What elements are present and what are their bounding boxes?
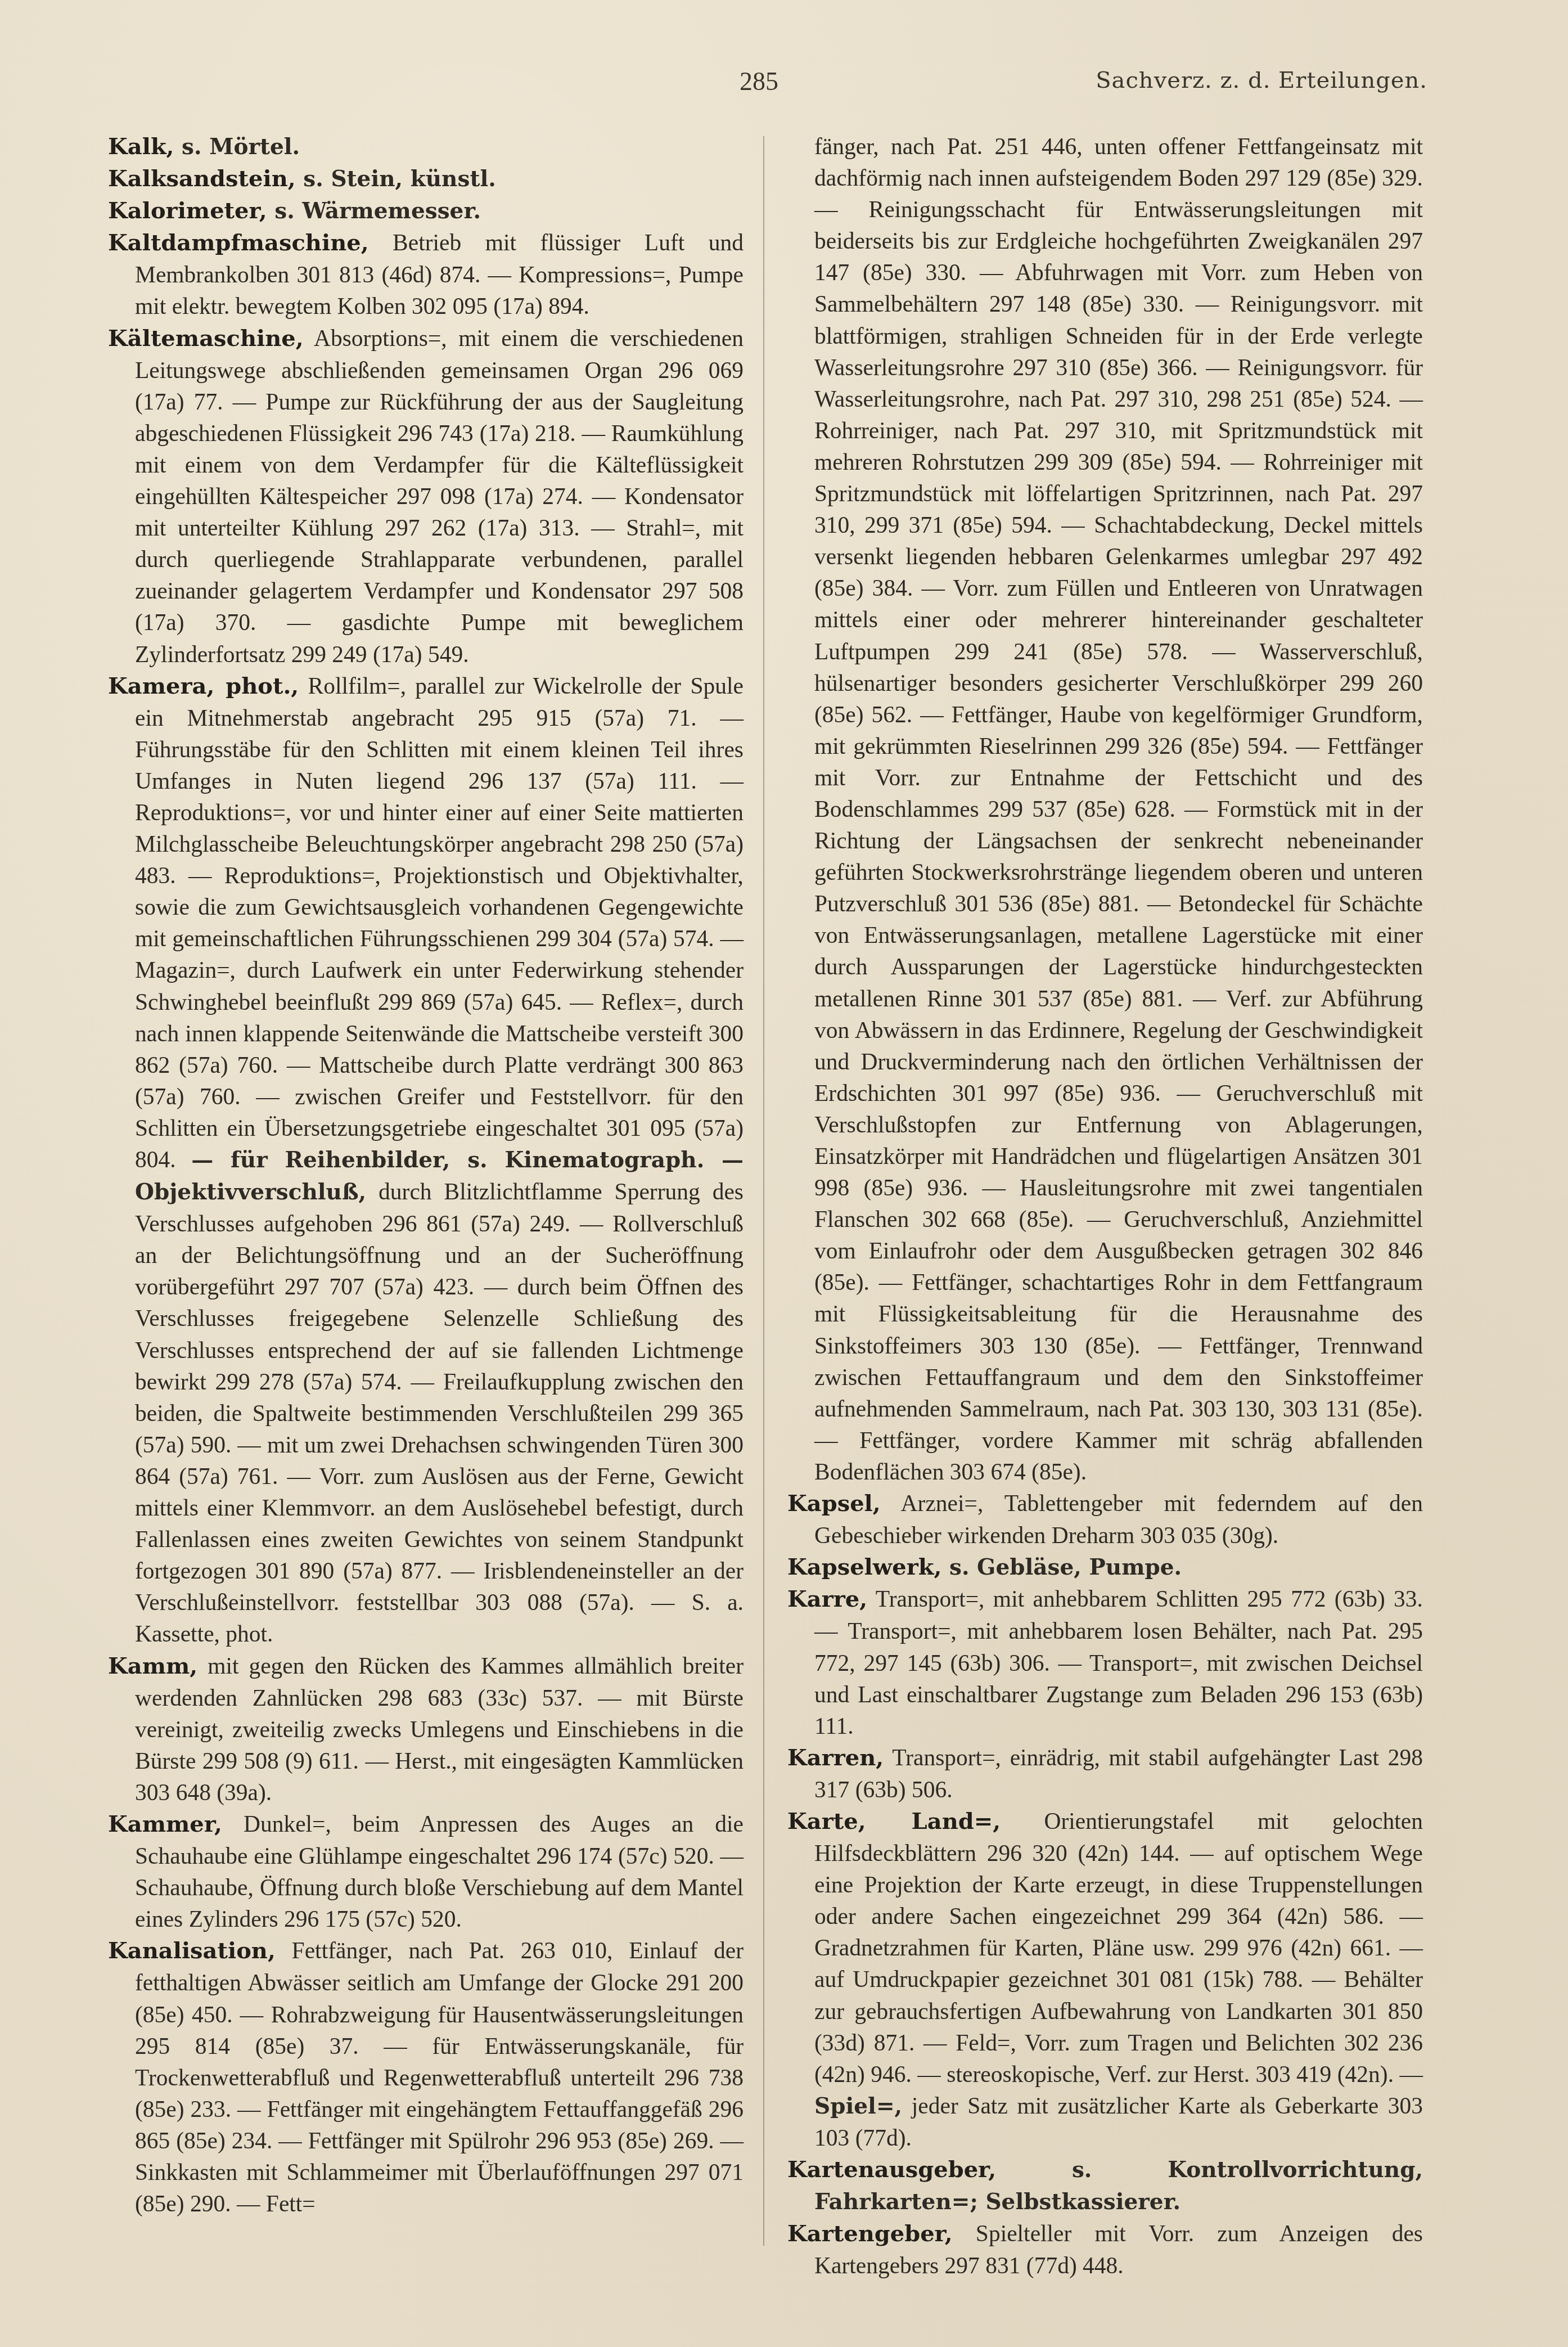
index-entry-kaltdampfmaschine: Kaltdampfmaschine, Betrieb mit flüssiger… bbox=[108, 227, 744, 322]
index-entry-kanalisation-continued: fänger, nach Pat. 251 446, unten offener… bbox=[787, 131, 1423, 1487]
headword: Kapsel, bbox=[787, 1490, 881, 1517]
left-column: Kalk, s. Mörtel. Kalksandstein, s. Stein… bbox=[108, 131, 744, 2219]
index-entry-karre: Karre, Transport=, mit anhebbarem Schlit… bbox=[787, 1583, 1423, 1741]
entry-text: Absorptions=, mit einem die verschiedene… bbox=[135, 325, 744, 667]
headword: Kamera, phot., bbox=[108, 673, 299, 699]
running-title: Sachverz. z. d. Erteilungen. bbox=[1096, 68, 1427, 93]
entry-text: Transport=, mit anhebbarem Schlitten 295… bbox=[814, 1586, 1423, 1738]
entry-text: Arznei=, Tablettengeber mit federndem au… bbox=[814, 1490, 1423, 1548]
entry-text: Transport=, einrädrig, mit stabil aufgeh… bbox=[814, 1744, 1423, 1802]
index-entry-kanalisation: Kanalisation, Fettfänger, nach Pat. 263 … bbox=[108, 1935, 744, 2219]
entry-text: Rollfilm=, parallel zur Wickelrolle der … bbox=[135, 673, 744, 1172]
headword: Kapselwerk, bbox=[787, 1554, 941, 1580]
index-entry-kamera: Kamera, phot., Rollfilm=, parallel zur W… bbox=[108, 670, 744, 1650]
column-divider bbox=[763, 136, 764, 2246]
page-number: 285 bbox=[740, 66, 778, 96]
page-header: 285 Sachverz. z. d. Erteilungen. bbox=[0, 66, 1568, 106]
index-entry-kammer: Kammer, Dunkel=, beim Anpressen des Auge… bbox=[108, 1808, 744, 1935]
entry-text: fänger, nach Pat. 251 446, unten offener… bbox=[814, 133, 1423, 1485]
headword: Kartengeber, bbox=[787, 2220, 953, 2247]
headword: Kamm, bbox=[108, 1653, 197, 1679]
index-entry-kamm: Kamm, mit gegen den Rücken des Kammes al… bbox=[108, 1650, 744, 1808]
headword: Karte, Land=, bbox=[787, 1808, 1001, 1835]
entry-text: Orientierungstafel mit gelochten Hilfsde… bbox=[814, 1808, 1423, 2087]
index-entry-kalk: Kalk, s. Mörtel. bbox=[108, 131, 744, 163]
index-entry-kapsel: Kapsel, Arznei=, Tablettengeber mit fede… bbox=[787, 1487, 1423, 1551]
index-entry-kalksandstein: Kalksandstein, s. Stein, künstl. bbox=[108, 163, 744, 195]
cross-reference: s. Wärmemesser. bbox=[267, 198, 481, 224]
headword: Kammer, bbox=[108, 1811, 222, 1837]
cross-reference: s. Mörtel. bbox=[174, 134, 300, 160]
right-column: fänger, nach Pat. 251 446, unten offener… bbox=[787, 131, 1423, 2281]
index-entry-kartenausgeber: Kartenausgeber, s. Kontrollvorrichtung, … bbox=[787, 2153, 1423, 2218]
headword: Kanalisation, bbox=[108, 1937, 276, 1964]
entry-subtype: Dunkel=, bbox=[222, 1811, 331, 1837]
headword: Kalk, bbox=[108, 133, 174, 160]
index-entry-kapselwerk: Kapselwerk, s. Gebläse, Pumpe. bbox=[787, 1551, 1423, 1583]
sub-heading: Spiel=, bbox=[814, 2093, 902, 2119]
cross-reference: s. Stein, künstl. bbox=[296, 166, 496, 192]
entry-text: jeder Satz mit zusätzlicher Karte als Ge… bbox=[814, 2093, 1423, 2151]
headword: Karren, bbox=[787, 1744, 884, 1771]
entry-text: durch Blitzlichtflamme Sperrung des Vers… bbox=[135, 1179, 744, 1647]
headword: Kalorimeter, bbox=[108, 197, 267, 224]
headword: Kältemaschine, bbox=[108, 325, 304, 352]
index-entry-kartengeber: Kartengeber, Spielteller mit Vorr. zum A… bbox=[787, 2218, 1423, 2281]
headword: Kartenausgeber, bbox=[787, 2156, 996, 2183]
index-entry-kalorimeter: Kalorimeter, s. Wärmemesser. bbox=[108, 195, 744, 227]
entry-text: Fettfänger, nach Pat. 263 010, Einlauf d… bbox=[135, 1937, 744, 2216]
headword: Karre, bbox=[787, 1586, 867, 1612]
entry-text: mit gegen den Rücken des Kammes allmähli… bbox=[135, 1653, 744, 1805]
headword: Kaltdampfmaschine, bbox=[108, 230, 369, 256]
cross-reference: s. Gebläse, Pumpe. bbox=[941, 1554, 1182, 1580]
index-entry-kaeltemaschine: Kältemaschine, Absorptions=, mit einem d… bbox=[108, 322, 744, 670]
index-entry-karren: Karren, Transport=, einrädrig, mit stabi… bbox=[787, 1742, 1423, 1805]
index-entry-karte: Karte, Land=, Orientierungstafel mit gel… bbox=[787, 1805, 1423, 2153]
headword: Kalksandstein, bbox=[108, 165, 296, 192]
